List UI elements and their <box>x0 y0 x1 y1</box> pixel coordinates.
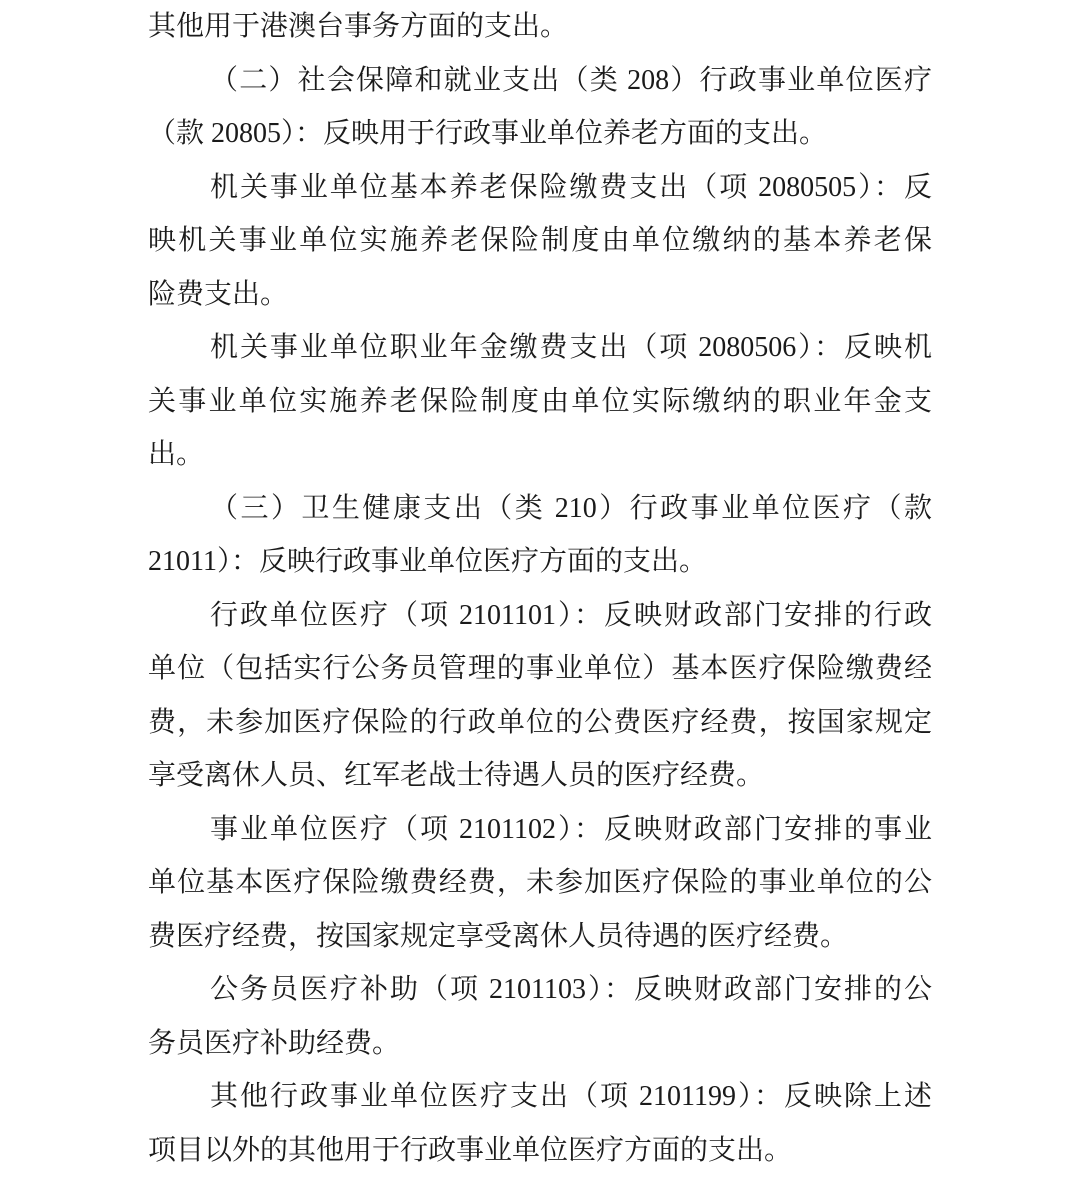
text-line: 项目以外的其他用于行政事业单位医疗方面的支出。 <box>148 1124 932 1178</box>
text-line: 21011）：反映行政事业单位医疗方面的支出。 <box>148 535 932 589</box>
text-line: 映机关事业单位实施养老保险制度由单位缴纳的基本养老保 <box>148 214 932 268</box>
text-line: 事业单位医疗（项 2101102）：反映财政部门安排的事业 <box>148 803 932 857</box>
text-line: 关事业单位实施养老保险制度由单位实际缴纳的职业年金支 <box>148 375 932 429</box>
text-line: 险费支出。 <box>148 268 932 322</box>
text-line: 其他行政事业单位医疗支出（项 2101199）：反映除上述 <box>148 1070 932 1124</box>
text-line: 出。 <box>148 428 932 482</box>
text-line: 行政单位医疗（项 2101101）：反映财政部门安排的行政 <box>148 589 932 643</box>
text-line: 费医疗经费，按国家规定享受离休人员待遇的医疗经费。 <box>148 910 932 964</box>
text-line: 费，未参加医疗保险的行政单位的公费医疗经费，按国家规定 <box>148 696 932 750</box>
text-line: （三）卫生健康支出（类 210）行政事业单位医疗（款 <box>148 482 932 536</box>
text-line: 务员医疗补助经费。 <box>148 1017 932 1071</box>
text-line: 机关事业单位职业年金缴费支出（项 2080506）：反映机 <box>148 321 932 375</box>
text-line: 单位基本医疗保险缴费经费，未参加医疗保险的事业单位的公 <box>148 856 932 910</box>
text-line: （款 20805）：反映用于行政事业单位养老方面的支出。 <box>148 107 932 161</box>
document-body: 其他用于港澳台事务方面的支出。（二）社会保障和就业支出（类 208）行政事业单位… <box>148 0 932 1177</box>
text-line: （二）社会保障和就业支出（类 208）行政事业单位医疗 <box>148 54 932 108</box>
text-line: 机关事业单位基本养老保险缴费支出（项 2080505）：反 <box>148 161 932 215</box>
document-page: 其他用于港澳台事务方面的支出。（二）社会保障和就业支出（类 208）行政事业单位… <box>0 0 1074 1178</box>
text-line: 享受离休人员、红军老战士待遇人员的医疗经费。 <box>148 749 932 803</box>
text-line: 公务员医疗补助（项 2101103）：反映财政部门安排的公 <box>148 963 932 1017</box>
text-line: 单位（包括实行公务员管理的事业单位）基本医疗保险缴费经 <box>148 642 932 696</box>
text-line: 其他用于港澳台事务方面的支出。 <box>148 0 932 54</box>
